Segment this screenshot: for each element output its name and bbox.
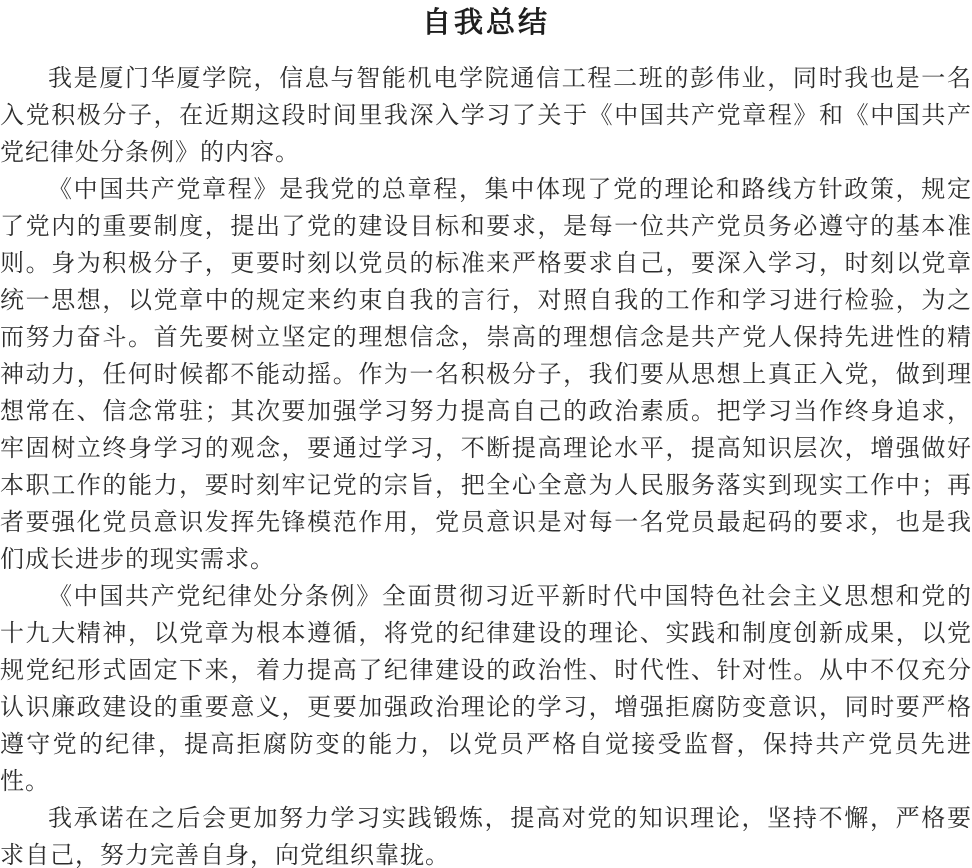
document-page: 自我总结 我是厦门华厦学院，信息与智能机电学院通信工程二班的彭伟业，同时我也是一…: [0, 0, 972, 868]
paragraph-party-constitution: 《中国共产党章程》是我党的总章程，集中体现了党的理论和路线方针政策，规定了党内的…: [0, 171, 972, 578]
paragraph-discipline-regulations: 《中国共产党纪律处分条例》全面贯彻习近平新时代中国特色社会主义思想和党的十九大精…: [0, 578, 972, 800]
paragraph-intro: 我是厦门华厦学院，信息与智能机电学院通信工程二班的彭伟业，同时我也是一名入党积极…: [0, 60, 972, 171]
paragraph-commitment: 我承诺在之后会更加努力学习实践锻炼，提高对党的知识理论，坚持不懈，严格要求自己，…: [0, 800, 972, 868]
document-body: 我是厦门华厦学院，信息与智能机电学院通信工程二班的彭伟业，同时我也是一名入党积极…: [0, 60, 972, 868]
document-title: 自我总结: [0, 7, 972, 40]
